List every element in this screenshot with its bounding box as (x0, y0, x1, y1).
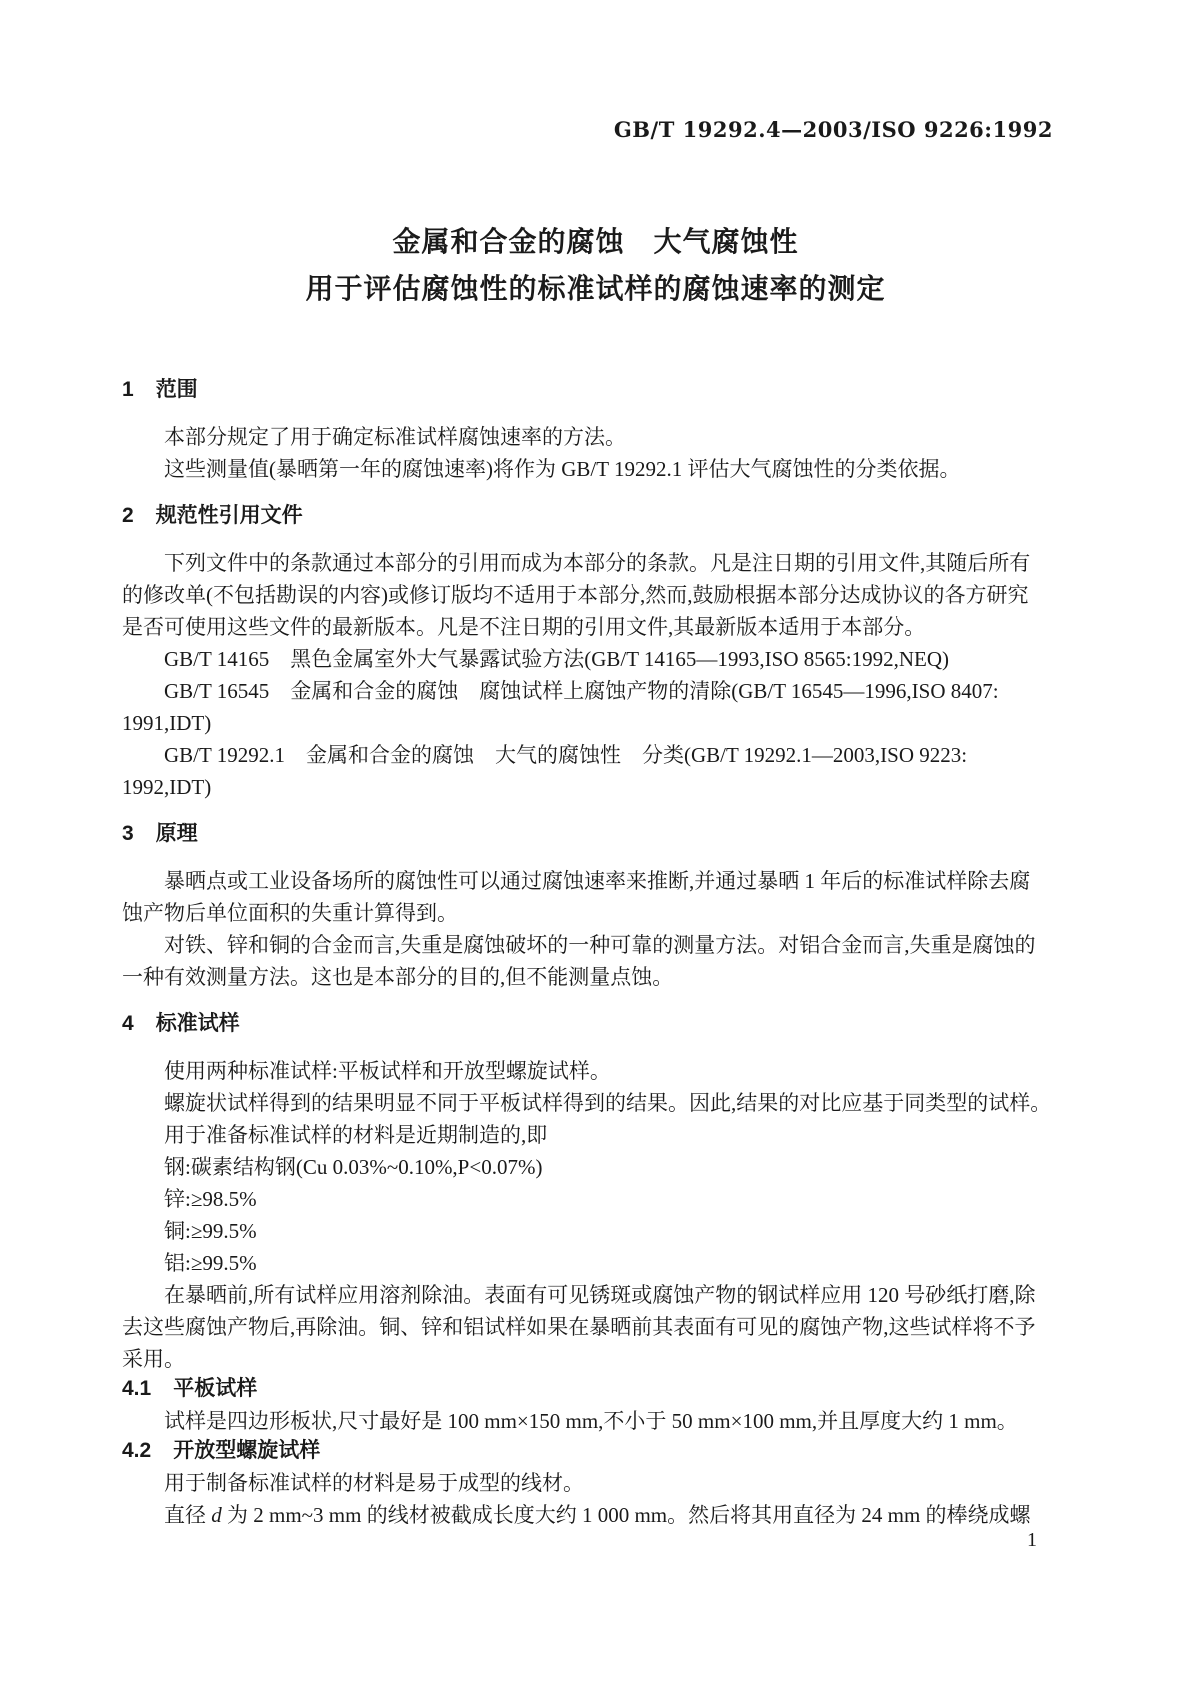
text-line: 螺旋状试样得到的结果明显不同于平板试样得到的结果。因此,结果的对比应基于同类型的… (122, 1087, 1080, 1119)
section-heading: 1范围 (122, 374, 1080, 406)
standard-code-header: GB/T 19292.4—2003/ISO 9226:1992 (614, 117, 1053, 142)
section-number: 4.1 (122, 1373, 151, 1405)
text-line: 是否可使用这些文件的最新版本。凡是不注日期的引用文件,其最新版本适用于本部分。 (122, 611, 1080, 643)
text-line: 采用。 (122, 1343, 1080, 1375)
text-line: 去这些腐蚀产物后,再除油。铜、锌和铝试样如果在暴晒前其表面有可见的腐蚀产物,这些… (122, 1311, 1080, 1343)
text-segment: 直径 (164, 1503, 211, 1527)
text-line: GB/T 16545 金属和合金的腐蚀 腐蚀试样上腐蚀产物的清除(GB/T 16… (122, 675, 1080, 707)
section-number: 3 (122, 818, 134, 850)
text-line: 直径 d 为 2 mm~3 mm 的线材被截成长度大约 1 000 mm。然后将… (122, 1499, 1080, 1531)
document-content: 1范围本部分规定了用于确定标准试样腐蚀速率的方法。这些测量值(暴晒第一年的腐蚀速… (122, 359, 1080, 1531)
page-number: 1 (1012, 1529, 1052, 1552)
text-line: 1991,IDT) (122, 707, 1080, 739)
variable-symbol: d (211, 1503, 222, 1527)
text-line: 使用两种标准试样:平板试样和开放型螺旋试样。 (122, 1055, 1080, 1087)
section-title: 开放型螺旋试样 (173, 1439, 320, 1462)
section-title: 规范性引用文件 (156, 504, 303, 527)
section-number: 1 (122, 374, 134, 406)
section-heading: 4标准试样 (122, 1008, 1080, 1040)
text-line: 钢:碳素结构钢(Cu 0.03%~0.10%,P<0.07%) (122, 1151, 1080, 1183)
text-line: 1992,IDT) (122, 771, 1080, 803)
section-title: 原理 (156, 822, 198, 845)
text-line: 本部分规定了用于确定标准试样腐蚀速率的方法。 (122, 421, 1080, 453)
document-title-line-2: 用于评估腐蚀性的标准试样的腐蚀速率的测定 (0, 265, 1191, 312)
document-page: GB/T 19292.4—2003/ISO 9226:1992 金属和合金的腐蚀… (0, 0, 1191, 1684)
section-number: 2 (122, 500, 134, 532)
text-line: 铜:≥99.5% (122, 1215, 1080, 1247)
text-segment: 为 2 mm~3 mm 的线材被截成长度大约 1 000 mm。然后将其用直径为… (222, 1503, 1031, 1527)
text-line: 在暴晒前,所有试样应用溶剂除油。表面有可见锈斑或腐蚀产物的钢试样应用 120 号… (122, 1279, 1080, 1311)
text-line: GB/T 19292.1 金属和合金的腐蚀 大气的腐蚀性 分类(GB/T 192… (122, 739, 1080, 771)
text-line: 对铁、锌和铜的合金而言,失重是腐蚀破坏的一种可靠的测量方法。对铝合金而言,失重是… (122, 929, 1080, 961)
section-heading: 4.2开放型螺旋试样 (122, 1435, 1080, 1467)
text-line: 下列文件中的条款通过本部分的引用而成为本部分的条款。凡是注日期的引用文件,其随后… (122, 547, 1080, 579)
section-number: 4 (122, 1008, 134, 1040)
section-heading: 4.1平板试样 (122, 1373, 1080, 1405)
section-title: 平板试样 (173, 1377, 257, 1400)
text-line: 一种有效测量方法。这也是本部分的目的,但不能测量点蚀。 (122, 961, 1080, 993)
text-line: 的修改单(不包括勘误的内容)或修订版均不适用于本部分,然而,鼓励根据本部分达成协… (122, 579, 1080, 611)
text-line: 暴晒点或工业设备场所的腐蚀性可以通过腐蚀速率来推断,并通过暴晒 1 年后的标准试… (122, 865, 1080, 897)
text-line: 试样是四边形板状,尺寸最好是 100 mm×150 mm,不小于 50 mm×1… (122, 1405, 1080, 1437)
text-line: 铝:≥99.5% (122, 1247, 1080, 1279)
document-title: 金属和合金的腐蚀 大气腐蚀性 用于评估腐蚀性的标准试样的腐蚀速率的测定 (0, 218, 1191, 312)
section-title: 范围 (156, 378, 198, 401)
text-line: 用于制备标准试样的材料是易于成型的线材。 (122, 1467, 1080, 1499)
section-number: 4.2 (122, 1435, 151, 1467)
text-line: 锌:≥98.5% (122, 1183, 1080, 1215)
text-line: 用于准备标准试样的材料是近期制造的,即 (122, 1119, 1080, 1151)
document-title-line-1: 金属和合金的腐蚀 大气腐蚀性 (0, 218, 1191, 265)
text-line: GB/T 14165 黑色金属室外大气暴露试验方法(GB/T 14165—199… (122, 643, 1080, 675)
text-line: 这些测量值(暴晒第一年的腐蚀速率)将作为 GB/T 19292.1 评估大气腐蚀… (122, 453, 1080, 485)
section-heading: 3原理 (122, 818, 1080, 850)
section-title: 标准试样 (156, 1012, 240, 1035)
section-heading: 2规范性引用文件 (122, 500, 1080, 532)
text-line: 蚀产物后单位面积的失重计算得到。 (122, 897, 1080, 929)
